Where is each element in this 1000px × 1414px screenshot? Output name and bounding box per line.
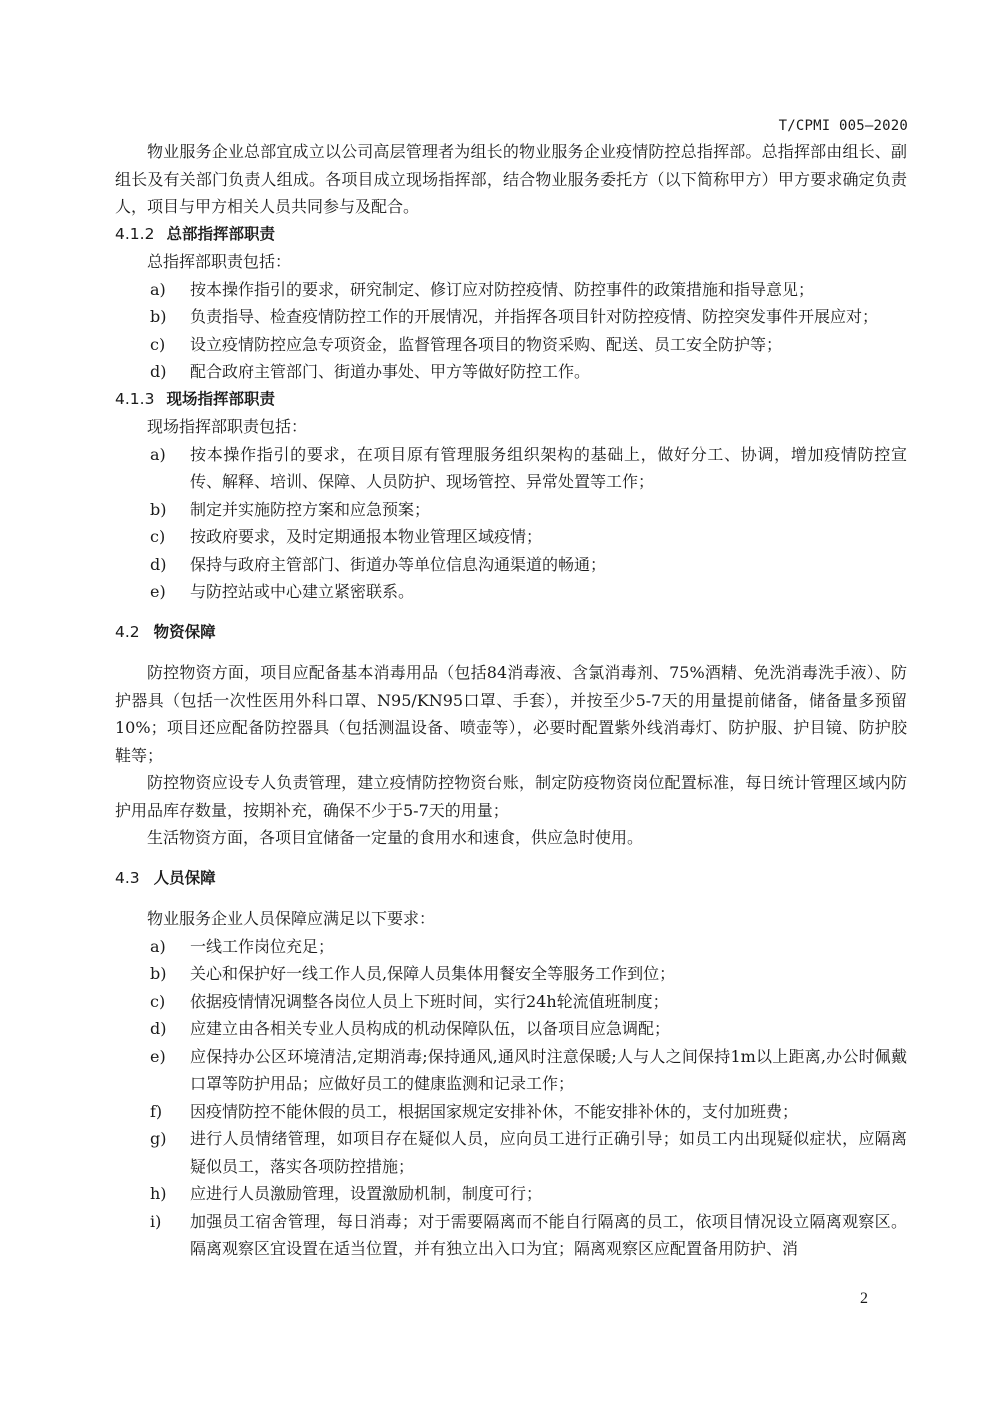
list-text: 设立疫情防控应急专项资金，监督管理各项目的物资采购、配送、员工安全防护等； (190, 335, 782, 354)
list-item: g)进行人员情绪管理，如项目存在疑似人员，应向员工进行正确引导；如员工内出现疑似… (115, 1125, 907, 1180)
list-marker: b) (150, 496, 166, 524)
list-text: 与防控站或中心建立紧密联系。 (190, 582, 414, 601)
section-heading-4-1-2: 4.1.2总部指挥部职责 (115, 221, 907, 249)
list-item: e)与防控站或中心建立紧密联系。 (115, 578, 907, 606)
list-item: c)依据疫情情况调整各岗位人员上下班时间，实行24h轮流值班制度； (115, 988, 907, 1016)
duty-list-4-1-2: a)按本操作指引的要求，研究制定、修订应对防控疫情、防控事件的政策措施和指导意见… (115, 276, 907, 386)
list-marker: c) (150, 331, 165, 359)
section-title: 人员保障 (154, 869, 216, 887)
page-number: 2 (860, 1290, 868, 1308)
list-text: 配合政府主管部门、街道办事处、甲方等做好防控工作。 (190, 362, 590, 381)
list-item: c)设立疫情防控应急专项资金，监督管理各项目的物资采购、配送、员工安全防护等； (115, 331, 907, 359)
document-body: 物业服务企业总部宜成立以公司高层管理者为组长的物业服务企业疫情防控总指挥部。总指… (115, 138, 907, 1263)
list-marker: a) (150, 276, 166, 304)
list-item: b)关心和保护好一线工作人员,保障人员集体用餐安全等服务工作到位； (115, 960, 907, 988)
list-item: c)按政府要求，及时定期通报本物业管理区域疫情； (115, 523, 907, 551)
list-marker: g) (150, 1125, 166, 1153)
list-marker: e) (150, 1043, 166, 1071)
list-item: b)制定并实施防控方案和应急预案； (115, 496, 907, 524)
section-heading-4-1-3: 4.1.3现场指挥部职责 (115, 386, 907, 414)
list-item: h)应进行人员激励管理，设置激励机制，制度可行； (115, 1180, 907, 1208)
standard-code: T/CPMI 005—2020 (779, 118, 908, 134)
intro-paragraph: 物业服务企业总部宜成立以公司高层管理者为组长的物业服务企业疫情防控总指挥部。总指… (115, 138, 907, 221)
section-number: 4.1.3 (115, 390, 154, 408)
list-text: 按本操作指引的要求，在项目原有管理服务组织架构的基础上，做好分工、协调，增加疫情… (190, 445, 907, 492)
list-text: 进行人员情绪管理，如项目存在疑似人员，应向员工进行正确引导；如员工内出现疑似症状… (190, 1129, 907, 1176)
list-marker: a) (150, 933, 166, 961)
list-marker: b) (150, 960, 166, 988)
list-marker: f) (150, 1098, 162, 1126)
duty-list-4-1-3: a)按本操作指引的要求，在项目原有管理服务组织架构的基础上，做好分工、协调，增加… (115, 441, 907, 606)
list-marker: b) (150, 303, 166, 331)
section-lead: 物业服务企业人员保障应满足以下要求： (115, 905, 907, 933)
list-item: d)应建立由各相关专业人员构成的机动保障队伍，以备项目应急调配； (115, 1015, 907, 1043)
list-text: 负责指导、检查疫情防控工作的开展情况，并指挥各项目针对防控疫情、防控突发事件开展… (190, 307, 878, 326)
list-item: f)因疫情防控不能休假的员工，根据国家规定安排补休，不能安排补休的，支付加班费； (115, 1098, 907, 1126)
list-marker: e) (150, 578, 166, 606)
list-item: d)配合政府主管部门、街道办事处、甲方等做好防控工作。 (115, 358, 907, 386)
section-number: 4.2 (115, 623, 140, 641)
list-marker: c) (150, 988, 165, 1016)
list-text: 按政府要求，及时定期通报本物业管理区域疫情； (190, 527, 542, 546)
list-text: 因疫情防控不能休假的员工，根据国家规定安排补休，不能安排补休的，支付加班费； (190, 1102, 798, 1121)
section-number: 4.3 (115, 869, 140, 887)
section-heading-4-3: 4.3人员保障 (115, 865, 907, 893)
list-text: 一线工作岗位充足； (190, 937, 334, 956)
list-marker: h) (150, 1180, 167, 1208)
materials-paragraph: 防控物资应设专人负责管理，建立疫情防控物资台账，制定防疫物资岗位配置标准，每日统… (115, 769, 907, 824)
list-marker: c) (150, 523, 165, 551)
list-item: d)保持与政府主管部门、街道办等单位信息沟通渠道的畅通； (115, 551, 907, 579)
section-lead: 现场指挥部职责包括： (115, 413, 907, 441)
list-text: 保持与政府主管部门、街道办等单位信息沟通渠道的畅通； (190, 555, 606, 574)
section-title: 总部指挥部职责 (166, 225, 275, 243)
materials-paragraph: 生活物资方面，各项目宜储备一定量的食用水和速食，供应急时使用。 (115, 824, 907, 852)
list-marker: d) (150, 1015, 166, 1043)
personnel-list: a)一线工作岗位充足； b)关心和保护好一线工作人员,保障人员集体用餐安全等服务… (115, 933, 907, 1263)
list-marker: d) (150, 358, 166, 386)
list-text: 依据疫情情况调整各岗位人员上下班时间，实行24h轮流值班制度； (190, 992, 669, 1011)
list-marker: a) (150, 441, 166, 469)
section-title: 现场指挥部职责 (166, 390, 275, 408)
list-item: i)加强员工宿舍管理，每日消毒；对于需要隔离而不能自行隔离的员工，依项目情况设立… (115, 1208, 907, 1263)
list-item: a)按本操作指引的要求，在项目原有管理服务组织架构的基础上，做好分工、协调，增加… (115, 441, 907, 496)
list-text: 应进行人员激励管理，设置激励机制，制度可行； (190, 1184, 542, 1203)
section-lead: 总指挥部职责包括： (115, 248, 907, 276)
section-heading-4-2: 4.2物资保障 (115, 619, 907, 647)
list-marker: i) (150, 1208, 161, 1236)
list-text: 按本操作指引的要求，研究制定、修订应对防控疫情、防控事件的政策措施和指导意见； (190, 280, 814, 299)
list-marker: d) (150, 551, 166, 579)
list-text: 关心和保护好一线工作人员,保障人员集体用餐安全等服务工作到位； (190, 964, 675, 983)
list-text: 应建立由各相关专业人员构成的机动保障队伍，以备项目应急调配； (190, 1019, 670, 1038)
list-item: a)按本操作指引的要求，研究制定、修订应对防控疫情、防控事件的政策措施和指导意见… (115, 276, 907, 304)
list-text: 加强员工宿舍管理，每日消毒；对于需要隔离而不能自行隔离的员工，依项目情况设立隔离… (190, 1212, 907, 1259)
list-item: a)一线工作岗位充足； (115, 933, 907, 961)
materials-paragraph: 防控物资方面，项目应配备基本消毒用品（包括84消毒液、含氯消毒剂、75%酒精、免… (115, 659, 907, 769)
list-text: 制定并实施防控方案和应急预案； (190, 500, 430, 519)
list-item: b)负责指导、检查疫情防控工作的开展情况，并指挥各项目针对防控疫情、防控突发事件… (115, 303, 907, 331)
list-item: e)应保持办公区环境清洁,定期消毒;保持通风,通风时注意保暖;人与人之间保持1m… (115, 1043, 907, 1098)
list-text: 应保持办公区环境清洁,定期消毒;保持通风,通风时注意保暖;人与人之间保持1m以上… (190, 1047, 907, 1094)
section-number: 4.1.2 (115, 225, 154, 243)
section-title: 物资保障 (154, 623, 216, 641)
